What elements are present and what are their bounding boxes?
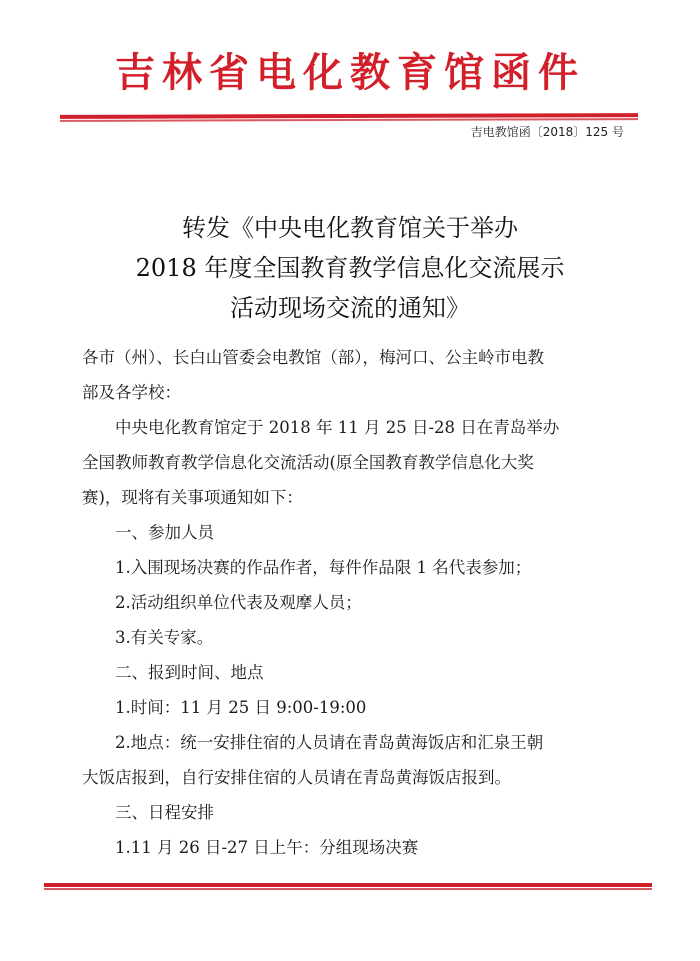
- notice-body: 各市（州）、长白山管委会电教馆（部），梅河口、公主岭市电教 部及各学校： 中央电…: [82, 340, 622, 865]
- section-heading-participants: 一、参加人员: [82, 515, 622, 550]
- intro-line: 全国教师教育教学信息化交流活动(原全国教育教学信息化大奖: [82, 445, 622, 480]
- section-heading-schedule: 三、日程安排: [82, 795, 622, 830]
- divider-thick-line: [44, 883, 652, 887]
- letterhead-divider: [60, 113, 638, 122]
- salutation-line: 部及各学校：: [82, 375, 622, 410]
- schedule-item: 1.11 月 26 日-27 日上午：分组现场决赛: [82, 830, 622, 865]
- salutation-line: 各市（州）、长白山管委会电教馆（部），梅河口、公主岭市电教: [82, 340, 622, 375]
- participant-item: 2.活动组织单位代表及观摩人员；: [82, 585, 622, 620]
- intro-line: 赛)，现将有关事项通知如下：: [82, 480, 622, 515]
- participant-item: 1.入围现场决赛的作品作者，每件作品限 1 名代表参加；: [82, 550, 622, 585]
- footer-divider: [44, 883, 652, 890]
- document-number: 吉电教馆函〔2018〕125 号: [471, 123, 624, 140]
- notice-title-line: 2018 年度全国教育教学信息化交流展示: [0, 248, 700, 288]
- registration-place-line: 2.地点：统一安排住宿的人员请在青岛黄海饭店和汇泉王朝: [82, 725, 622, 760]
- participant-item: 3.有关专家。: [82, 620, 622, 655]
- registration-time: 1.时间：11 月 25 日 9:00-19:00: [82, 690, 622, 725]
- divider-thin-line: [44, 888, 652, 890]
- notice-title-line: 活动现场交流的通知》: [0, 288, 700, 328]
- intro-line: 中央电化教育馆定于 2018 年 11 月 25 日-28 日在青岛举办: [82, 410, 622, 445]
- letterhead-title: 吉林省电化教育馆函件: [0, 48, 700, 98]
- section-heading-registration: 二、报到时间、地点: [82, 655, 622, 690]
- notice-title-line: 转发《中央电化教育馆关于举办: [0, 208, 700, 248]
- notice-title: 转发《中央电化教育馆关于举办 2018 年度全国教育教学信息化交流展示 活动现场…: [0, 208, 700, 328]
- registration-place-line: 大饭店报到，自行安排住宿的人员请在青岛黄海饭店报到。: [82, 760, 622, 795]
